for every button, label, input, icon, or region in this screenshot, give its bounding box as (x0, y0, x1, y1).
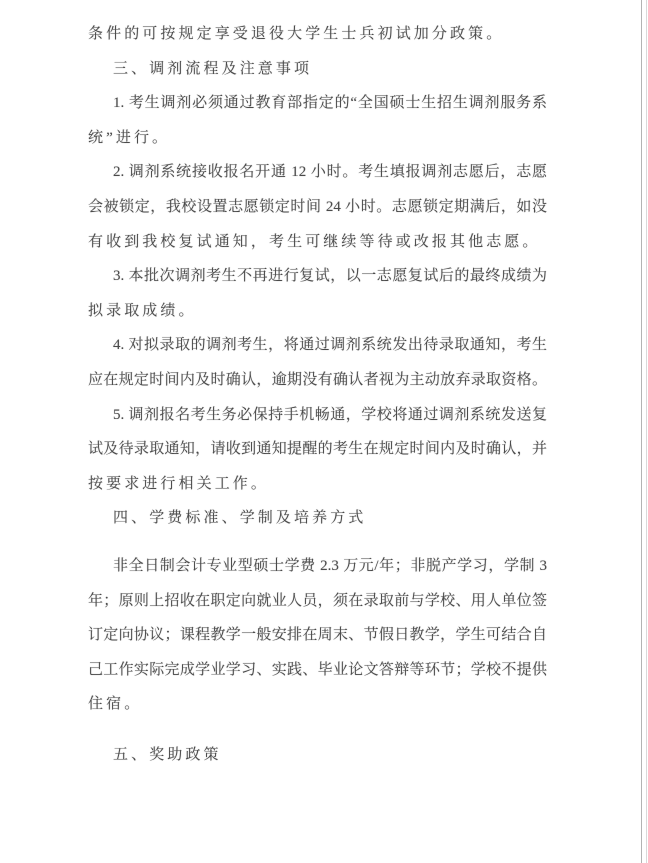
doc-line: 2. 调剂系统接收报名开通 12 小时。考生填报调剂志愿后，志愿 (88, 155, 547, 190)
viewport-right-edge-line (646, 0, 647, 863)
doc-line: 住宿。 (88, 687, 547, 722)
doc-line: 条件的可按规定享受退役大学生士兵初试加分政策。 (88, 17, 547, 52)
doc-line: 订定向协议；课程教学一般安排在周末、节假日教学，学生可结合自 (88, 618, 547, 653)
section-heading-4: 四、学费标准、学制及培养方式 (88, 501, 547, 536)
section-heading-5: 五、奖助政策 (88, 738, 547, 773)
section-heading-3: 三、调剂流程及注意事项 (88, 52, 547, 87)
doc-line: 会被锁定，我校设置志愿锁定时间 24 小时。志愿锁定期满后，如没 (88, 190, 547, 225)
doc-line: 5. 调剂报名考生务必保持手机畅通，学校将通过调剂系统发送复 (88, 398, 547, 433)
doc-line: 按要求进行相关工作。 (88, 467, 547, 502)
doc-line: 年；原则上招收在职定向就业人员，须在录取前与学校、用人单位签 (88, 584, 547, 619)
doc-line: 应在规定时间内及时确认，逾期没有确认者视为主动放弃录取资格。 (88, 363, 547, 398)
doc-line: 统”进行。 (88, 121, 547, 156)
doc-line: 试及待录取通知，请收到通知提醒的考生在规定时间内及时确认，并 (88, 432, 547, 467)
doc-line: 4. 对拟录取的调剂考生，将通过调剂系统发出待录取通知，考生 (88, 328, 547, 363)
doc-line: 有收到我校复试通知，考生可继续等待或改报其他志愿。 (88, 225, 547, 260)
document-content: 条件的可按规定享受退役大学生士兵初试加分政策。 三、调剂流程及注意事项 1. 考… (88, 17, 547, 772)
doc-line: 拟录取成绩。 (88, 294, 547, 329)
doc-line: 1. 考生调剂必须通过教育部指定的“全国硕士生招生调剂服务系 (88, 86, 547, 121)
doc-line: 非全日制会计专业型硕士学费 2.3 万元/年；非脱产学习，学制 3 (88, 549, 547, 584)
document-page: 条件的可按规定享受退役大学生士兵初试加分政策。 三、调剂流程及注意事项 1. 考… (0, 0, 648, 863)
doc-line: 己工作实际完成学业学习、实践、毕业论文答辩等环节；学校不提供 (88, 653, 547, 688)
page-right-edge-line (641, 0, 642, 863)
doc-line: 3. 本批次调剂考生不再进行复试，以一志愿复试后的最终成绩为 (88, 259, 547, 294)
